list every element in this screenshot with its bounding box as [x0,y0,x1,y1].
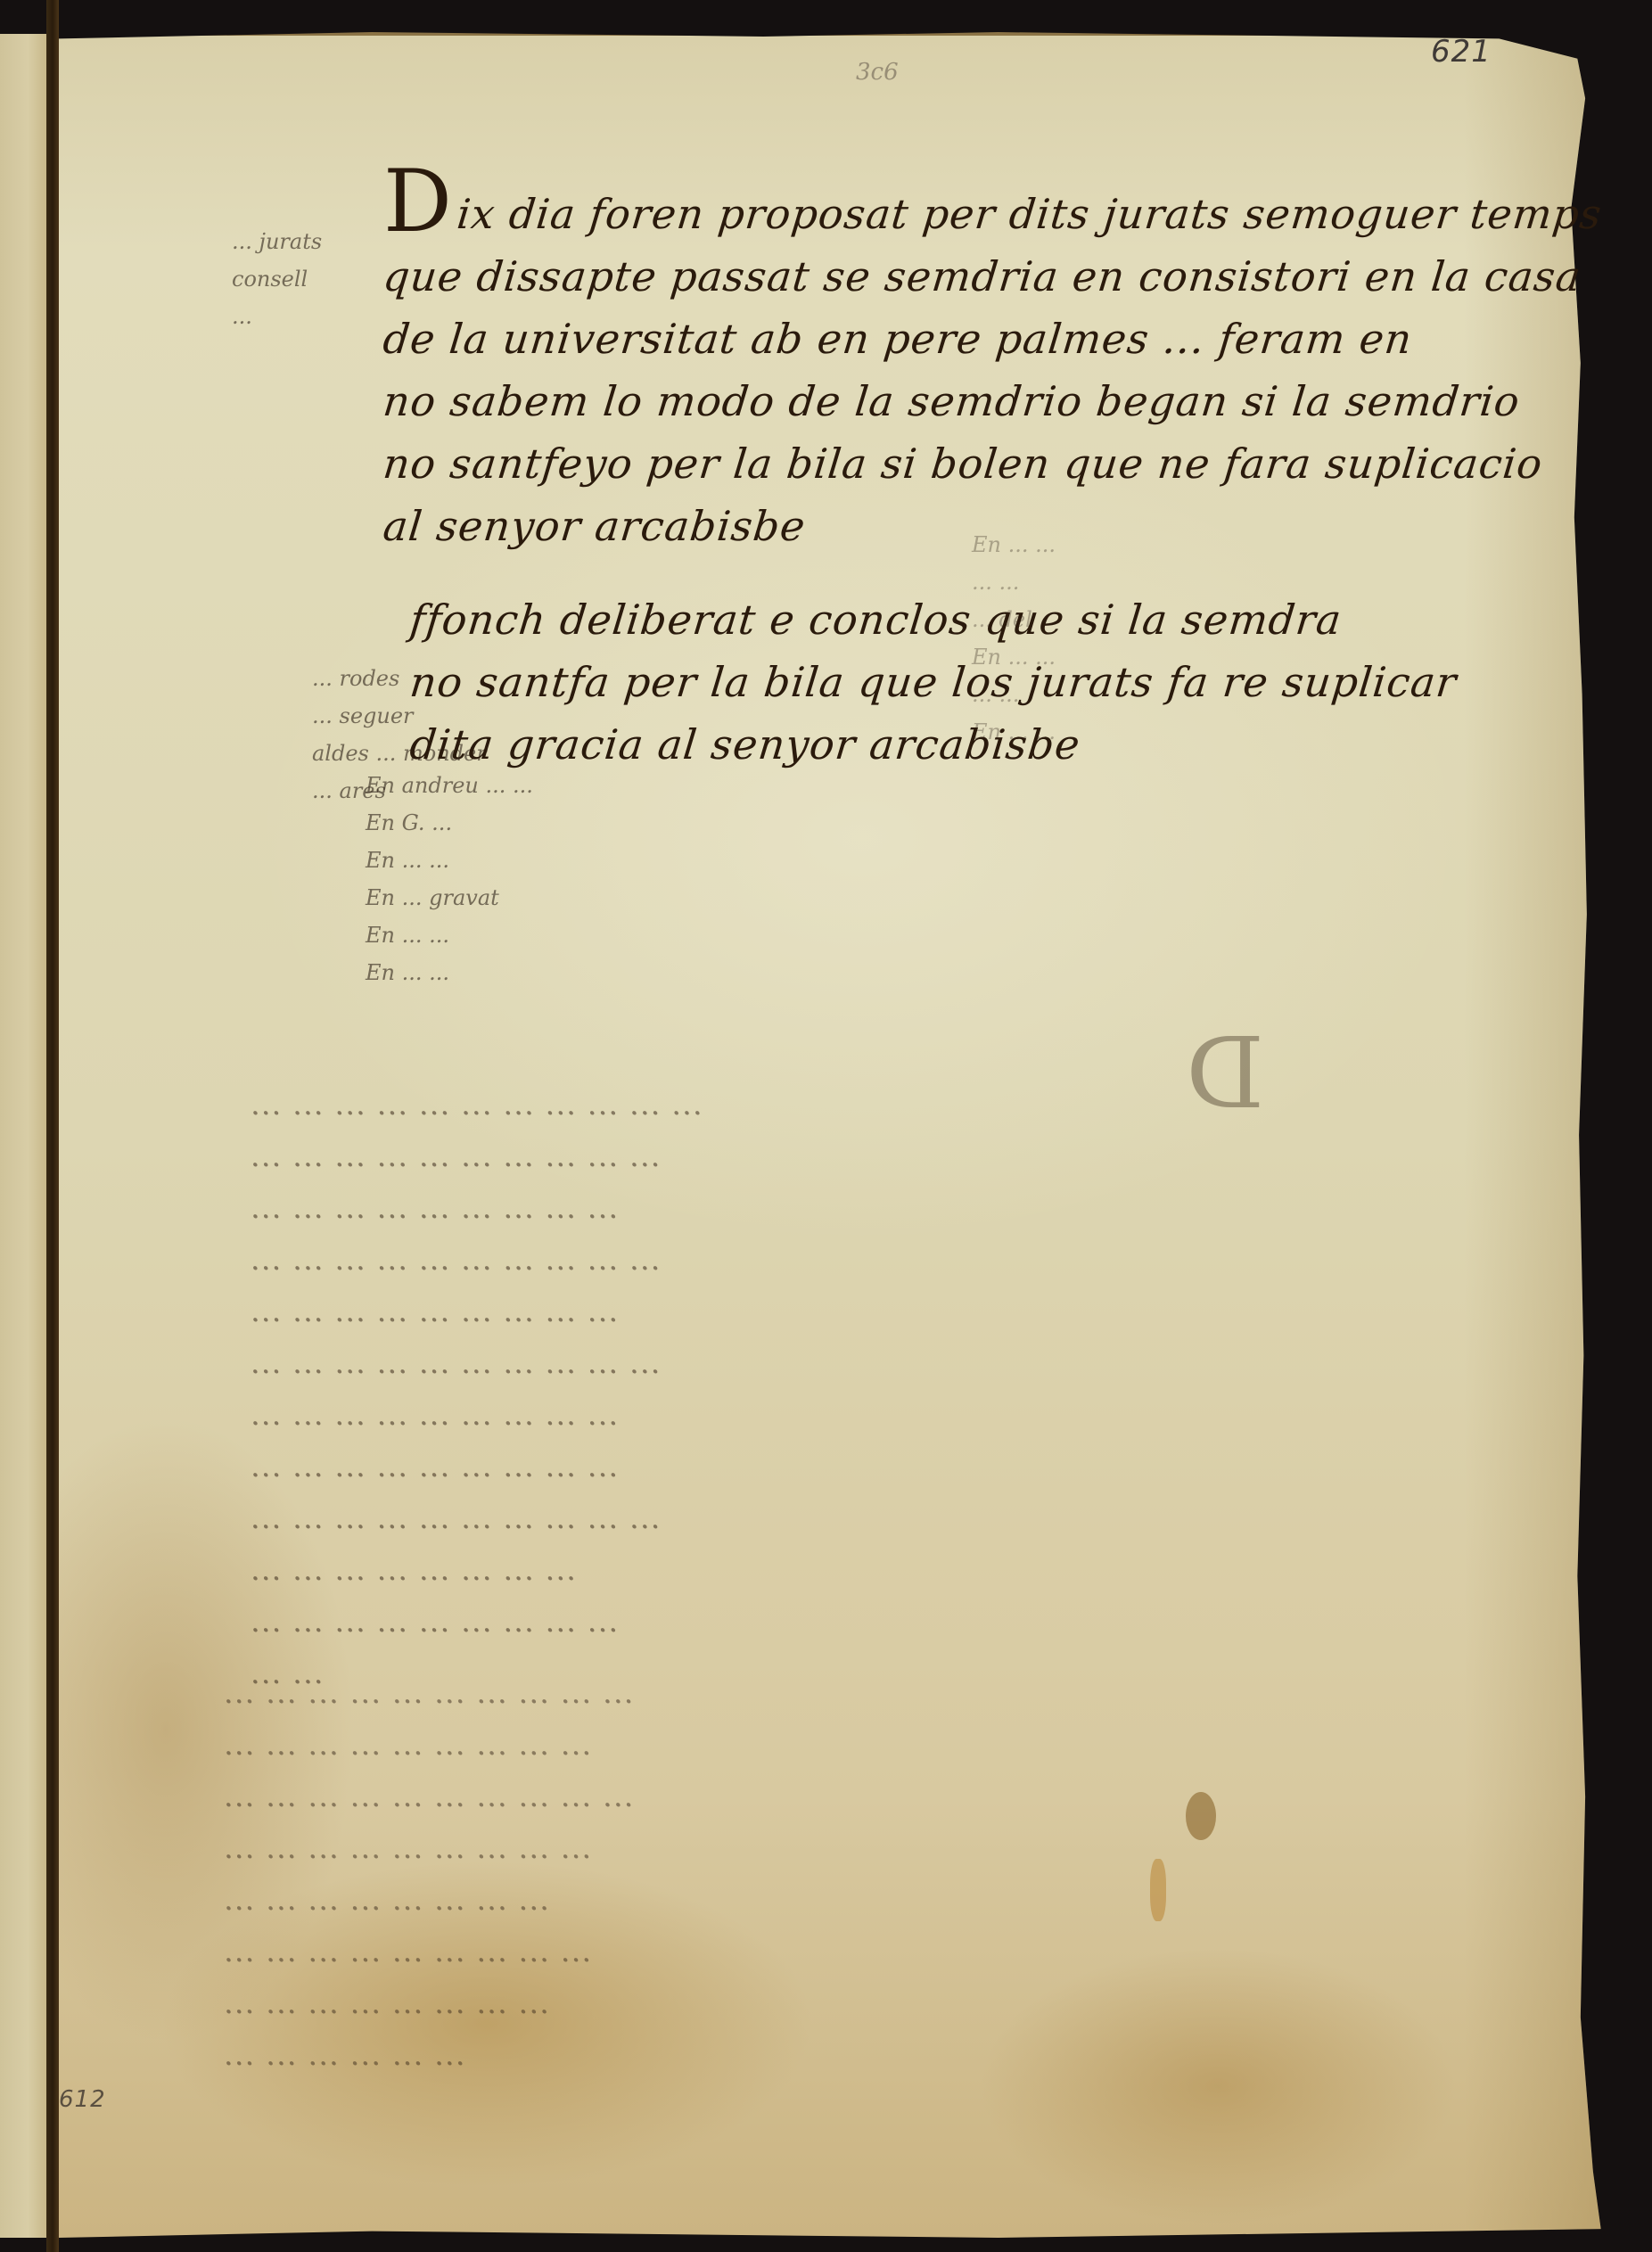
text-line: que dissapte passat se semdria en consis… [380,245,1584,308]
show-through-line: ... ... ... ... ... ... ... ... ... [250,1596,1284,1648]
folio-number-bottom: 612 [59,2086,106,2113]
text-line: no santfeyo per la bila si bolen que ne … [380,432,1584,495]
show-through-line: ... ... ... ... ... ... ... ... ... [250,1389,1284,1441]
main-entry-2: ffonch deliberat e conclos que si la sem… [410,588,1457,776]
show-through-line: ... ... ... ... ... ... ... ... ... ... … [250,1079,1284,1130]
show-through-block-a: ... ... ... ... ... ... ... ... ... ... … [250,1079,1284,1699]
name-entry: En G. ... [366,804,533,842]
show-through-line: ... ... ... ... ... ... ... ... ... ... [250,1234,1284,1286]
show-through-line: ... ... ... ... ... ... ... ... ... ... [223,1771,1293,1822]
show-through-line: ... ... ... ... ... ... ... ... ... ... [223,1667,1293,1719]
text-line: ix dia foren proposat per dits jurats se… [380,183,1584,245]
text-line: al senyor arcabisbe [380,495,1584,557]
show-through-line: ... ... ... ... ... ... ... ... ... ... [250,1337,1284,1389]
show-through-line: ... ... ... ... ... ... ... ... ... [250,1286,1284,1337]
marginal-line: ... [232,298,322,335]
ink-stain [1186,1792,1216,1840]
names-list: En andreu ... ... En G. ... En ... ... E… [366,767,533,991]
marginal-line: ... jurats [232,223,322,260]
show-through-line: ... ... ... ... ... ... ... ... ... [223,1926,1293,1977]
name-entry: En ... ... [366,916,533,954]
show-through-line: ... ... ... ... ... ... ... ... ... [223,1822,1293,1874]
show-through-line: ... ... ... ... ... ... ... ... ... [250,1441,1284,1492]
main-entry-1: D ix dia foren proposat per dits jurats … [383,183,1582,557]
text-line: de la universitat ab en pere palmes ... … [380,308,1584,370]
show-through-line: ... ... ... ... ... ... ... ... ... ... [250,1492,1284,1544]
name-entry: En ... gravat [366,879,533,916]
marginal-note-top-left: ... jurats consell ... [232,223,322,335]
facing-page-edge [0,34,46,2238]
ink-stain [1150,1859,1166,1921]
book-gutter [46,0,59,2252]
folio-number-top: 621 [1431,34,1492,70]
text-line: no santfa per la bila que los jurats fa … [407,651,1459,713]
faint-top-mark: 3c6 [856,59,899,86]
marginal-line: consell [232,260,322,298]
show-through-line: ... ... ... ... ... ... ... ... ... ... [250,1130,1284,1182]
show-through-block-b: ... ... ... ... ... ... ... ... ... ... … [223,1667,1293,2081]
show-through-line: ... ... ... ... ... ... ... ... ... [223,1719,1293,1771]
name-entry: En ... ... [366,954,533,991]
text-line: dita gracia al senyor arcabisbe [407,713,1459,776]
text-line: no sabem lo modo de la semdrio began si … [380,370,1584,432]
show-through-line: ... ... ... ... ... ... [223,2029,1293,2081]
text-line: ffonch deliberat e conclos que si la sem… [407,588,1459,651]
show-through-line: ... ... ... ... ... ... ... ... [223,1874,1293,1926]
show-through-line: ... ... ... ... ... ... ... ... ... [250,1182,1284,1234]
show-through-line: ... ... ... ... ... ... ... ... [223,1977,1293,2029]
show-through-line: ... ... ... ... ... ... ... ... [250,1544,1284,1596]
name-entry: En ... ... [366,842,533,879]
